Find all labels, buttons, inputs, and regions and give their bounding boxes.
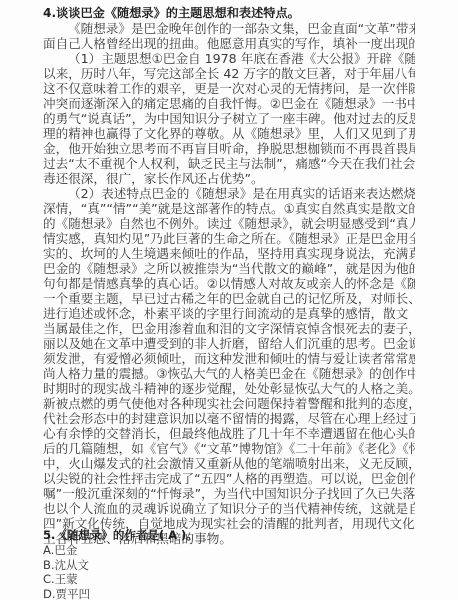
paragraph-line: 《随想录》是巴金晚年创作的一部杂文集，巴金直面“文革”带来的灾难，直	[43, 21, 415, 36]
paragraph-line: 深情，“真”“情”“美”就是这部著作的特点。①真实自然真实是散文的生命，巴金	[43, 201, 415, 216]
paragraph-line: 丽以及她在文革中遭受到的非人折磨，留给人们沉重的思考。巴金说过有感情必	[43, 336, 415, 351]
paragraph-line: 以来，历时八年，写完这部全长 42 万字的散文巨著，对于年届八旬的巴金来说，	[43, 66, 415, 81]
paragraph-line: 实的、坎坷的人生境遇来倾吐的作品，坚持用真实现身说法，充满真情的流露。	[43, 246, 415, 261]
paragraph-line: 一个重要主题，早已过古稀之年的巴金就自己的记忆所及，对师长、朋友和亲人	[43, 291, 415, 306]
option-a: A.巴金	[43, 543, 198, 558]
paragraph-line: 也以个人流血的灵魂诉说确立了知识分子的当代精神传统，这就是自觉继承“五	[43, 501, 415, 516]
paragraph-line: 中，火山爆发式的社会激情又重新从他的笔端喷射出来，义无反顾，大声疾呼，	[43, 456, 415, 471]
paragraph-line: 尚人格力量的震撼。③恢弘大气的人格美巴金在《随想录》的创作中，“五四”	[43, 366, 415, 381]
paragraph-line: 的《随想录》自然也不例外。读过《随想录》，就会明显感受到“真人真事，真	[43, 216, 415, 231]
paragraph-line: （2）表述特点巴金的《随想录》是在用真实的话语来表达燃烧在他心灵的	[43, 186, 415, 201]
paragraph-line: 时期时的现实战斗精神的逐步觉醒，处处彰显恢弘大气的人格之美。巴金这种重	[43, 381, 415, 396]
paragraph-line: 这不仅意味着工作的艰辛，更是一次对心灵的无情拷问，是一次伴随着内心巨大	[43, 81, 415, 96]
paragraph-line: 新被点燃的勇气使他对各种现实社会问题保持着警醒和批判的态度，对存留在当	[43, 396, 415, 411]
paragraph-line: 面自己人格曾经出现的扭曲。他愿意用真实的写作，填补一度出现的精神空白。	[43, 36, 415, 51]
document-page: 4.谈谈巴金《随想录》的主题思想和表述特点。 《随想录》是巴金晚年创作的一部杂文…	[0, 0, 458, 600]
paragraph-line: 心有余悸的交替消长，但最终他战胜了几十年不幸遭遇留在他心头的恐惧，在最	[43, 426, 415, 441]
paragraph-line: 的勇气“说真话”，为中国知识分子树立了一座丰碑。他对过去的反思，他追求真	[43, 111, 415, 126]
option-d: D.贾平凹	[43, 587, 198, 600]
paragraph-line: 后的几篇随想，如《官气》《“文革”博物馆》《二十年前》《老化》《怀念胡风》	[43, 441, 415, 456]
paragraph-line: 句句都是情感真挚的真心话。②以情感人对故友或亲人的怀念是《随想录》的	[43, 276, 415, 291]
question-5-block: 5.《随想录》的作者是( A )。 A.巴金 B.沈从文 C.王蒙 D.贾平凹	[43, 527, 198, 600]
paragraph-line: 巴金的《随想录》之所以被推崇为“当代散文的巅峰”，就是因为他的每篇散文里，	[43, 261, 415, 276]
paragraph-line: 嘱”一般沉重深刻的“忏悔录”，为当代中国知识分子找回了久已失落的社会良知，	[43, 486, 415, 501]
paragraph-line: 以尖锐的社会性抨击完成了“五四”人格的再塑造。可以说，巴金创作的这部“遗	[43, 471, 415, 486]
paragraph-line: 金，他开始独立思考而不再盲目听命，挣脱思想枷锁而不再畏首畏尾，直言中国	[43, 141, 415, 156]
paragraph-line: 毒还很深，很广，家长作风还占优势”。	[43, 171, 415, 186]
paragraph-line: 冲突而逐渐深入的痛定思痛的自我忏悔。②巴金在《随想录》一书中，以罕见	[43, 96, 415, 111]
question-4-block: 4.谈谈巴金《随想录》的主题思想和表述特点。 《随想录》是巴金晚年创作的一部杂文…	[43, 6, 415, 546]
question-5-title: 5.《随想录》的作者是( A )。	[43, 527, 198, 543]
paragraph-line: （1）主题思想①巴金自 1978 年底在香港《大公报》开辟《随想录》专栏	[43, 51, 415, 66]
paragraph-line: 过去“太不重视个人权利，缺乏民主与法制”，痛感“今天在我们社会里封建的流	[43, 156, 415, 171]
paragraph-line: 进行追述或怀念，朴素平谈的字里行间流动的是真挚的感情，散文《怀念萧珊》	[43, 306, 415, 321]
question-4-title: 4.谈谈巴金《随想录》的主题思想和表述特点。	[43, 6, 415, 21]
paragraph-line: 代社会形态中的封建意识加以毫不留情的揭露，尽管在心理上经过了义无反顾和	[43, 411, 415, 426]
paragraph-line: 须发泄，有爱憎必须倾吐，而这种发泄和倾吐的情与爱让读者常常感受到一种高	[43, 351, 415, 366]
paragraph-line: 当属最佳之作，巴金用渗着血和泪的文字深情哀悼含恨死去的妻子，她的善良美	[43, 321, 415, 336]
option-c: C.王蒙	[43, 572, 198, 587]
option-b: B.沈从文	[43, 558, 198, 573]
paragraph-line: 理的精神也赢得了文化界的尊敬。从《随想录》里，人们又见到了那个熟悉的巴	[43, 126, 415, 141]
paragraph-line: 情实感，真知灼见”乃此巨著的生命之所在。《随想录》正是巴金用全部的、真	[43, 231, 415, 246]
